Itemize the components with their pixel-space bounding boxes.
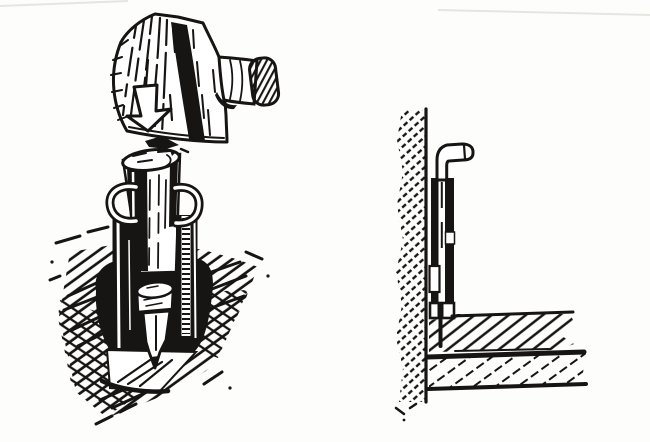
- scan-artifact-line: [438, 10, 650, 15]
- scanned-illustration-page: [0, 0, 650, 442]
- bolt-handle: [437, 144, 473, 180]
- illustration-canvas: [0, 0, 650, 442]
- mallet-striking-face: [248, 57, 280, 107]
- mallet: [111, 14, 280, 152]
- ground-layers: [428, 312, 586, 389]
- anchor-plug: [136, 281, 173, 312]
- post-section: [396, 109, 427, 421]
- mallet-handle-stub: [215, 57, 280, 110]
- bolt-guide-staple: [430, 266, 440, 292]
- figure-mallet-driving-socket: [50, 14, 280, 424]
- scan-artifact-line: [0, 1, 128, 6]
- figure-cane-bolt-post: [396, 109, 586, 421]
